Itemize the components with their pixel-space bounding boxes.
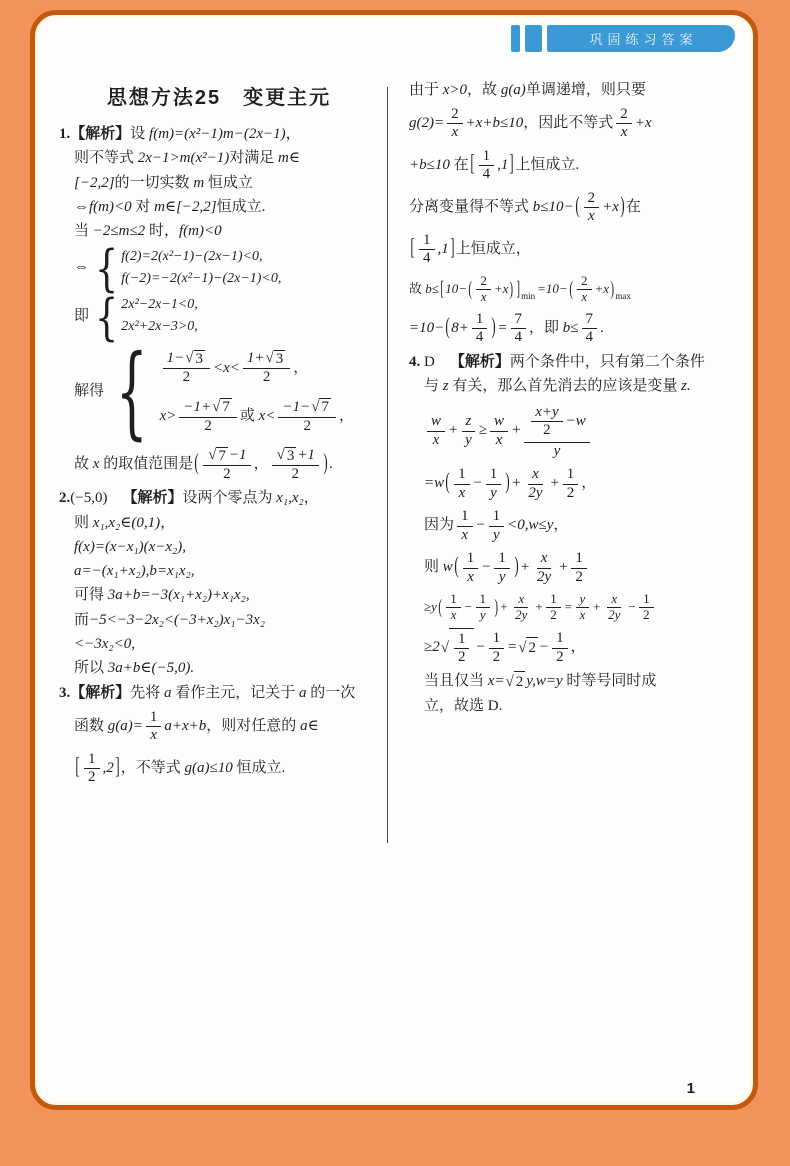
tall-delimiter: ] (516, 275, 520, 304)
text-line: 立，故选 D. (409, 696, 735, 718)
left-column-lines: 1.【解析】设 f(m)=(x²−1)m−(2x−1)，则不等式 2x−1>m(… (59, 124, 379, 789)
text-run: f(m)<0 (179, 221, 222, 243)
text-line: wx+zy≥wx+x+y2−wy (409, 400, 735, 462)
text-run: <−3x₂<0, (74, 634, 135, 656)
fraction: 74 (511, 311, 527, 347)
text-run: − (464, 598, 473, 617)
text-line: 当且仅当 x=√2y,w=y 时等号同时成 (409, 671, 735, 694)
tall-delimiter: [ (470, 149, 474, 183)
text-run: − (539, 637, 549, 659)
fraction-numerator: 2 (616, 106, 632, 124)
tall-delimiter: [ (440, 275, 444, 304)
fraction: 14 (472, 311, 488, 347)
fraction-numerator: 1 (494, 550, 510, 568)
system-lead: ⇔ (74, 257, 89, 279)
fraction-numerator: 7 (582, 311, 598, 329)
fraction: x+y2 (531, 404, 562, 440)
fraction-denominator: 2 (571, 569, 587, 586)
brace-icon: { (95, 292, 118, 342)
text-run: m (193, 173, 204, 195)
text-line: 则 x₁,x₂∈(0,1)， (59, 513, 379, 535)
fraction-numerator: x+y (531, 404, 562, 422)
text-line: 函数 g(a)=1xa+x+b，则对任意的 a∈ (59, 707, 379, 747)
text-run: 3.【解析】 (59, 683, 130, 705)
text-line: =10−(8+14)=74，即 b≤74. (409, 309, 735, 349)
fraction-denominator: 2 (454, 649, 470, 666)
text-run: 1.【解析】 (59, 124, 130, 146)
text-line: [14,1]上恒成立， (409, 230, 735, 270)
fraction-numerator: 1 (489, 508, 505, 526)
text-line: 可得 3a+b=−3(x₁+x₂)+x₁x₂, (59, 585, 379, 607)
fraction-denominator: y (461, 432, 476, 449)
fraction: 2x (476, 274, 491, 305)
text-run: − (627, 598, 636, 617)
text-run: ,2 (103, 758, 114, 780)
text-line: ≥y(1x−1y)+x2y+12=yx+x2y−12 (409, 590, 735, 625)
tall-delimiter: ) (610, 275, 614, 304)
page-content: 思想方法25 变更主元 1.【解析】设 f(m)=(x²−1)m−(2x−1)，… (35, 15, 753, 792)
text-run: ， (160, 513, 175, 535)
text-run: z. (681, 376, 691, 398)
tall-delimiter: ( (446, 467, 450, 501)
fraction-numerator: x (607, 592, 621, 608)
fraction: 14 (419, 232, 435, 268)
text-run: x< (259, 406, 276, 426)
system-lead: 即 (74, 306, 89, 328)
fraction: 74 (582, 311, 598, 347)
fraction-denominator: 2y (524, 485, 546, 502)
text-run: 3a+b=−3(x₁+x₂)+x₁x₂, (108, 585, 250, 607)
text-run: x>0 (443, 80, 467, 102)
text-line: [12,2]，不等式 g(a)≤10 恒成立. (59, 749, 379, 789)
text-run: . (329, 454, 333, 476)
text-run: ， (571, 637, 586, 659)
fraction: √7−12 (203, 447, 250, 484)
text-line: [−2,2]的一切实数 m 恒成立 (59, 173, 379, 195)
text-run: ⇔ (74, 257, 89, 279)
text-run: f(m)=(x²−1)m−(2x−1) (149, 124, 286, 146)
text-run: −1 (229, 447, 247, 464)
fraction-numerator: 7 (511, 311, 527, 329)
text-run: 因为 (424, 515, 454, 537)
system-row: x>−1+√72或 x<−1−√72， (160, 396, 354, 437)
text-run: m∈[−2,2] (154, 197, 216, 219)
square-root: √3 (266, 350, 286, 368)
text-run: 与 (424, 376, 443, 398)
text-run: 则 (74, 513, 93, 535)
text-run: a (164, 683, 172, 705)
fraction: x2y (511, 592, 531, 623)
fraction-denominator: 2 (259, 369, 275, 386)
fraction: √3+12 (272, 447, 319, 484)
tall-delimiter: ( (446, 312, 450, 346)
fraction: x2y (533, 550, 555, 586)
fraction-numerator: 1+√3 (243, 350, 290, 369)
text-run: 的一切实数 (115, 173, 194, 195)
fraction: 1−√32 (163, 350, 210, 387)
problem-2: 2.(−5,0) 【解析】设两个零点为 x₁,x₂，则 x₁,x₂∈(0,1)，… (59, 488, 379, 680)
text-line: 所以 3a+b∈(−5,0). (59, 658, 379, 680)
fraction-denominator: x (429, 432, 444, 449)
text-run: ,1 (438, 239, 449, 261)
text-run: f(x)=(x−x₁)(x−x₂), (74, 537, 186, 559)
tall-delimiter: ) (510, 275, 514, 304)
text-run: ，不等式 (121, 758, 185, 780)
text-run: a+x+b (164, 716, 206, 738)
fraction-denominator: 2 (552, 649, 568, 666)
text-run: +x (494, 280, 509, 299)
radical-sign-icon: √ (441, 628, 449, 669)
fraction-denominator: 4 (479, 166, 495, 183)
text-run: − (476, 515, 486, 537)
text-run: − (473, 473, 483, 495)
fraction-denominator: y (486, 485, 501, 502)
text-line: ⇔f(m)<0 对 m∈[−2,2]恒成立. (59, 197, 379, 219)
text-run: 看作主元，记关于 (172, 683, 300, 705)
text-line: 故 b≤[10−(2x+x)]min=10−(2x+x)max (409, 272, 735, 307)
radical-sign-icon: √ (311, 398, 319, 416)
problem-1: 1.【解析】设 f(m)=(x²−1)m−(2x−1)，则不等式 2x−1>m(… (59, 124, 379, 485)
text-run: 单调递增，则只要 (526, 80, 646, 102)
fraction-numerator: 1 (463, 550, 479, 568)
tall-delimiter: [ (75, 752, 79, 786)
fraction-denominator: 2y (511, 608, 531, 623)
fraction-numerator: 1 (146, 709, 162, 727)
text-line: 故 x 的取值范围是(√7−12，√3+12). (59, 445, 379, 486)
text-run: 可得 (74, 585, 108, 607)
text-run: +x+b≤10 (466, 113, 524, 135)
text-line: 而−5<−3−2x₂<(−3+x₂)x₁−3x₂ (59, 610, 379, 632)
fraction-numerator: 1 (571, 550, 587, 568)
text-run: a (299, 683, 307, 705)
radicand: 2 (526, 637, 538, 660)
text-run: − (481, 557, 491, 579)
fraction-numerator: 1 (472, 311, 488, 329)
system-rows: f(2)=2(x²−1)−(2x−1)<0,f(−2)=−2(x²−1)−(2x… (121, 246, 281, 290)
tall-delimiter: ] (510, 149, 514, 183)
text-run: 或 (240, 406, 259, 426)
text-run: + (550, 473, 560, 495)
fraction-denominator: x (617, 124, 632, 141)
fraction: 12 (489, 630, 505, 666)
fraction-denominator: 2 (179, 369, 195, 386)
text-run: 所以 (74, 658, 108, 680)
text-run: 而 (74, 610, 89, 632)
text-run: 即 (74, 306, 89, 328)
text-run: 2. (59, 488, 70, 510)
fraction: wx (490, 413, 508, 449)
fraction-numerator: √7−1 (203, 447, 250, 466)
tall-delimiter: ) (494, 593, 498, 622)
text-run: ， (581, 473, 596, 495)
text-run: = (497, 318, 507, 340)
tall-delimiter: ( (468, 275, 472, 304)
brace-icon: { (95, 243, 118, 293)
fraction-numerator: 1 (486, 466, 502, 484)
page: 巩固练习答案 思想方法25 变更主元 1.【解析】设 f(m)=(x²−1)m−… (30, 10, 758, 1110)
text-run: 8+ (451, 318, 469, 340)
text-run: −1+ (183, 399, 211, 416)
fraction-numerator: 1 (457, 508, 473, 526)
radicand: 12 (449, 628, 475, 669)
fraction-denominator: 2 (546, 608, 561, 623)
fraction: 2x (584, 190, 600, 226)
text-run: 10− (445, 280, 467, 299)
fraction: 12 (454, 631, 470, 667)
text-run: 上恒成立， (456, 239, 531, 261)
text-line: g(2)=2x+x+b≤10，因此不等式2x+x (409, 104, 735, 144)
text-run: +1 (297, 447, 315, 464)
fraction-numerator: x+y2−w (524, 402, 590, 443)
text-run: b≤10− (533, 197, 574, 219)
system-row: f(2)=2(x²−1)−(2x−1)<0, (121, 248, 281, 267)
radical-sign-icon: √ (518, 637, 526, 660)
fraction-denominator: 2 (539, 422, 555, 439)
text-line: 因为1x−1y<0,w≤y， (409, 506, 735, 546)
radical-sign-icon: √ (277, 447, 285, 465)
text-run: ,1 (497, 155, 508, 177)
text-run: 的一次 (307, 683, 356, 705)
fraction: 1x (146, 709, 162, 745)
tall-delimiter: ] (115, 752, 119, 786)
fraction-denominator: 2 (639, 608, 654, 623)
tall-delimiter: ) (323, 448, 327, 482)
fraction: 12 (563, 466, 579, 502)
fraction: 14 (479, 148, 495, 184)
text-run: b≤ (563, 318, 579, 340)
fraction-numerator: 1 (489, 630, 505, 648)
text-run: g(a) (501, 80, 526, 102)
tall-delimiter: ( (454, 551, 458, 585)
fraction: −1+√72 (179, 398, 236, 435)
problem-4: 4. D 【解析】两个条件中，只有第二个条件与 z 有关，那么首先消去的应该是变… (409, 352, 735, 718)
text-run: + (511, 420, 521, 442)
fraction-denominator: x (584, 208, 599, 225)
text-run: ， (254, 454, 269, 476)
text-run: x= (488, 671, 505, 693)
fraction-numerator: 1 (454, 631, 470, 649)
tall-delimiter: ) (620, 191, 624, 225)
text-line: 分离变量得不等式 b≤10−(2x+x)在 (409, 188, 735, 228)
text-run: ⇔f(m)<0 (74, 197, 132, 219)
text-line: 与 z 有关，那么首先消去的应该是变量 z. (409, 376, 735, 398)
fraction-denominator: x (146, 727, 161, 744)
text-run: 在 (626, 197, 641, 219)
tall-delimiter: ( (569, 275, 573, 304)
fraction-denominator: x (463, 569, 478, 586)
fraction-denominator: 2 (299, 418, 315, 435)
text-run: g(a)≤10 (185, 758, 233, 780)
fraction-denominator: 2y (533, 569, 555, 586)
text-run: ， (339, 406, 354, 426)
text-run: = (507, 637, 517, 659)
system-row: 1−√32<x<1+√32， (160, 348, 354, 389)
fraction-numerator: 1 (563, 466, 579, 484)
text-run: [−2,2] (74, 173, 115, 195)
fraction-numerator: 2 (584, 190, 600, 208)
radicand: 7 (319, 398, 331, 416)
subscript-label: min (521, 290, 535, 303)
text-run: 先将 (130, 683, 164, 705)
tall-delimiter: ( (575, 191, 579, 225)
text-run: m∈ (278, 148, 300, 170)
text-run: g(a)= (108, 716, 143, 738)
text-run: =10− (409, 318, 444, 340)
fraction: zy (461, 413, 476, 449)
text-run: =w (424, 473, 444, 495)
text-line: 即{2x²−2x−1<0,2x²+2x−3>0, (59, 294, 379, 340)
text-run: 对 (132, 197, 155, 219)
text-run: ，故 (467, 80, 501, 102)
fraction-numerator: 1 (552, 630, 568, 648)
square-root: √2 (506, 671, 526, 694)
tall-delimiter: ) (514, 551, 518, 585)
text-line: ⇔{f(2)=2(x²−1)−(2x−1)<0,f(−2)=−2(x²−1)−(… (59, 245, 379, 291)
square-root: √2 (518, 637, 538, 660)
fraction-numerator: x (537, 550, 552, 568)
radicand: 7 (216, 447, 228, 465)
text-run: = (564, 598, 573, 617)
fraction-denominator: x (492, 432, 507, 449)
radical-sign-icon: √ (506, 671, 514, 694)
text-run: y,w=y (526, 671, 562, 693)
brace-icon: { (116, 342, 148, 442)
text-run: 恒成立. (217, 197, 266, 219)
text-run: + (520, 557, 530, 579)
text-run: 【解析】 (122, 488, 182, 510)
fraction: 1x (446, 592, 461, 623)
fraction: 12 (84, 751, 100, 787)
text-run: x> (160, 406, 177, 426)
fraction-denominator: 2 (489, 649, 505, 666)
text-line: ≥2√12−12=√2−12， (409, 628, 735, 669)
fraction-numerator: 1 (419, 232, 435, 250)
text-run: g(2)= (409, 113, 444, 135)
text-run: 分离变量得不等式 (409, 197, 533, 219)
text-run: a∈ (300, 716, 319, 738)
fraction-denominator: x (448, 124, 463, 141)
fraction-denominator: x (576, 608, 590, 623)
square-root: √7 (311, 398, 331, 416)
text-run: −5<−3−2x₂<(−3+x₂)x₁−3x₂ (89, 610, 265, 632)
fraction-numerator: x (514, 592, 528, 608)
text-run: ， (553, 515, 568, 537)
text-run: 2x²−2x−1<0, (121, 296, 197, 315)
text-run: 立，故选 D. (424, 696, 502, 718)
text-run: +x (602, 197, 619, 219)
text-run: −1− (282, 399, 310, 416)
subscript-label: max (615, 290, 631, 303)
fraction: 1x (454, 466, 470, 502)
text-run: +x (595, 280, 610, 299)
fraction-numerator: 2 (447, 106, 463, 124)
fraction: x2y (604, 592, 624, 623)
text-run: w (443, 557, 453, 579)
square-root: √3 (277, 447, 297, 465)
fraction: 1x (463, 550, 479, 586)
fraction-numerator: 1 (479, 148, 495, 166)
text-run: x (93, 454, 100, 476)
text-run: f(2)=2(x²−1)−(2x−1)<0, (121, 248, 262, 267)
text-line: 则不等式 2x−1>m(x²−1)对满足 m∈ (59, 148, 379, 170)
text-run: + (499, 598, 508, 617)
text-run: 设两个零点为 (182, 488, 276, 510)
fraction-denominator: x (455, 485, 470, 502)
text-run: <x< (213, 358, 240, 378)
right-column-lines: 由于 x>0，故 g(a)单调递增，则只要g(2)=2x+x+b≤10，因此不等… (409, 80, 735, 718)
text-line: 由于 x>0，故 g(a)单调递增，则只要 (409, 80, 735, 102)
fraction-denominator: 4 (472, 329, 488, 346)
text-run: . (600, 318, 604, 340)
text-line: a=−(x₁+x₂),b=x₁x₂, (59, 561, 379, 583)
text-run: 则不等式 (74, 148, 138, 170)
text-run: +b≤10 (409, 155, 450, 177)
radicand: 3 (274, 350, 286, 368)
text-run: x₁,x₂∈(0,1) (93, 513, 160, 535)
text-run: − (475, 637, 485, 659)
fraction-denominator: x (477, 290, 491, 305)
text-run: ≥y (424, 598, 437, 617)
tall-delimiter: ( (438, 593, 442, 622)
fraction-denominator: x (457, 527, 472, 544)
fraction-denominator: 2 (219, 466, 235, 483)
fraction: 1y (489, 508, 505, 544)
column-divider (387, 87, 388, 843)
problem-3: 3.【解析】先将 a 看作主元，记关于 a 的一次函数 g(a)=1xa+x+b… (59, 683, 379, 789)
radical-sign-icon: √ (185, 350, 193, 368)
text-run: 两个条件中，只有第二个条件 (510, 352, 705, 374)
text-run: =10− (537, 280, 568, 299)
square-root: √3 (185, 350, 205, 368)
text-run: 4. (409, 352, 420, 374)
text-run: <0,w≤y (507, 515, 553, 537)
text-run: ≥2 (424, 637, 440, 659)
text-run: 设 (130, 124, 149, 146)
fraction: −1−√72 (278, 398, 335, 435)
text-line: f(x)=(x−x₁)(x−x₂), (59, 537, 379, 559)
fraction-denominator: 2 (200, 418, 216, 435)
text-run: D (420, 352, 450, 374)
text-run: f(−2)=−2(x²−1)−(2x−1)<0, (121, 270, 281, 289)
text-run: a=−(x₁+x₂),b=x₁x₂, (74, 561, 194, 583)
problem-3-continued: 由于 x>0，故 g(a)单调递增，则只要g(2)=2x+x+b≤10，因此不等… (409, 80, 735, 349)
text-run: 恒成立. (233, 758, 286, 780)
fraction-denominator: 2 (288, 466, 304, 483)
text-line: 2.(−5,0) 【解析】设两个零点为 x₁,x₂， (59, 488, 379, 510)
text-line: <−3x₂<0, (59, 634, 379, 656)
text-line: 4. D 【解析】两个条件中，只有第二个条件 (409, 352, 735, 374)
system-lead: 解得 (74, 381, 104, 403)
page-background: { "header": { "tab_label": "巩固练习答案" }, "… (0, 0, 790, 1166)
fraction-denominator: x (577, 290, 591, 305)
fraction-denominator: 4 (511, 329, 527, 346)
system-rows: 1−√32<x<1+√32，x>−1+√72或 x<−1−√72， (160, 344, 354, 441)
text-run: 由于 (409, 80, 443, 102)
radical-sign-icon: √ (266, 350, 274, 368)
fraction-numerator: 1 (446, 592, 461, 608)
text-run: 1+ (247, 350, 265, 367)
text-run: + (592, 598, 601, 617)
fraction-numerator: −1−√7 (278, 398, 335, 417)
right-column: 由于 x>0，故 g(a)单调递增，则只要g(2)=2x+x+b≤10，因此不等… (393, 77, 735, 792)
text-run: 1− (167, 350, 185, 367)
text-run: 【解析】 (450, 352, 510, 374)
fraction: 1x (457, 508, 473, 544)
page-title: 思想方法25 变更主元 (59, 81, 379, 110)
fraction-numerator: 1 (476, 592, 491, 608)
text-run: b≤ (425, 280, 439, 299)
text-run: ≥ (479, 420, 487, 442)
